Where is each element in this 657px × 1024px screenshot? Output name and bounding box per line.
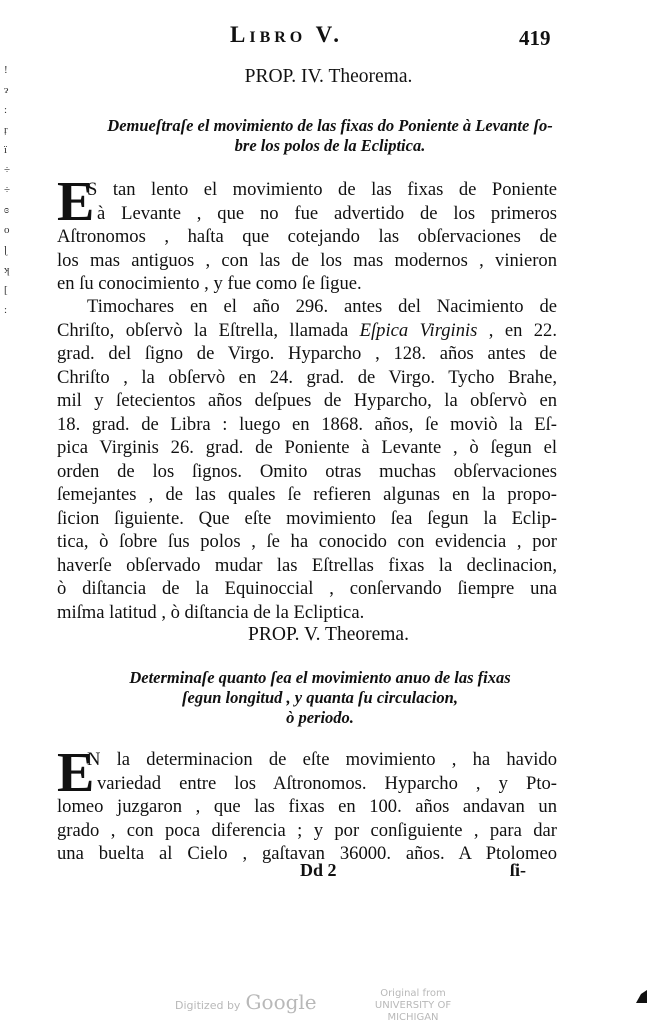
text-line: variedad entre los Aſtronomos. Hyparcho … bbox=[57, 772, 557, 796]
subtitle-line: ſegun longitud , y quanta ſu circulacion… bbox=[70, 688, 570, 708]
margin-mark: ɞ bbox=[4, 200, 14, 220]
text-line: N la determinacion de eſte movimiento , … bbox=[57, 748, 557, 772]
prop-4-paragraph-1: S tan lento el movimiento de las fixas d… bbox=[57, 178, 557, 296]
margin-mark: ï bbox=[4, 140, 14, 160]
text-span: , en 22. bbox=[477, 320, 557, 341]
margin-bleedthrough-marks: ! ɂ : ŗ ï ÷ ÷ ɞ o ɭ ʞ [ : bbox=[4, 60, 14, 320]
prop-4-subtitle: Demueſtraſe el movimiento de las fixas d… bbox=[95, 116, 565, 156]
subtitle-line: ò periodo. bbox=[70, 708, 570, 728]
text-line: mil y ſetecientos años deſpues de Hyparc… bbox=[57, 389, 557, 413]
subtitle-line: Determinaſe quanto ſea el movimiento anu… bbox=[70, 668, 570, 688]
text-line: ſemejantes , de las quales ſe refieren a… bbox=[57, 483, 557, 507]
prop-5-title: PROP. V. Theorema. bbox=[0, 624, 657, 646]
italic-term: Eſpica Virginis bbox=[360, 320, 478, 341]
text-span: Chriſto, obſervò la Eſtrella, llamada bbox=[57, 320, 360, 341]
margin-mark: ʞ bbox=[4, 260, 14, 280]
margin-mark: [ bbox=[4, 280, 14, 300]
google-wordmark: Google bbox=[246, 990, 317, 1014]
text-line: en ſu conocimiento , y fue como ſe ſigue… bbox=[57, 272, 557, 296]
text-line: Aſtronomos , haſta que cotejando las obſ… bbox=[57, 225, 557, 249]
text-line: ſicion ſiguiente. Que eſte movimiento ſe… bbox=[57, 507, 557, 531]
text-line: orden de los ſignos. Omito otras muchas … bbox=[57, 460, 557, 484]
text-line: miſma latitud , ò diſtancia de la Eclipt… bbox=[57, 601, 557, 625]
prop-4-title: PROP. IV. Theorema. bbox=[0, 66, 657, 88]
margin-mark: ÷ bbox=[4, 160, 14, 180]
text-line: lomeo juzgaron , que las fixas en 100. a… bbox=[57, 795, 557, 819]
margin-mark: : bbox=[4, 300, 14, 320]
running-head-title: Libro V. bbox=[230, 22, 343, 48]
text-line: grad. del ſigno de Virgo. Hyparcho , 128… bbox=[57, 342, 557, 366]
text-line: los mas antiguos , con las de los mas mo… bbox=[57, 249, 557, 273]
text-line: haverſe obſervado mudar las Eſtrellas fi… bbox=[57, 554, 557, 578]
text-line: 18. grad. de Libra : luego en 1868. años… bbox=[57, 413, 557, 437]
text-line: S tan lento el movimiento de las fixas d… bbox=[57, 178, 557, 202]
original-line-2: UNIVERSITY OF MICHIGAN bbox=[358, 1000, 468, 1024]
margin-mark: ɭ bbox=[4, 240, 14, 260]
margin-mark: : bbox=[4, 100, 14, 120]
text-line: grado , con poca diferencia ; y por conſ… bbox=[57, 819, 557, 843]
prop-5-subtitle: Determinaſe quanto ſea el movimiento anu… bbox=[70, 668, 570, 728]
text-line: à Levante , que no fue advertido de los … bbox=[57, 202, 557, 226]
text-line: pica Virginis 26. grad. de Poniente à Le… bbox=[57, 436, 557, 460]
text-line: Timochares en el año 296. antes del Naci… bbox=[57, 295, 557, 319]
text-line: tica, ò ſobre ſus polos , ſe ha conocido… bbox=[57, 530, 557, 554]
prop-4-paragraph-2: Timochares en el año 296. antes del Naci… bbox=[57, 295, 557, 624]
text-line: Chriſto, obſervò la Eſtrella, llamada Eſ… bbox=[57, 319, 557, 343]
signature-mark: Dd 2 bbox=[300, 860, 337, 881]
subtitle-line: Demueſtraſe el movimiento de las fixas d… bbox=[95, 116, 565, 136]
digitized-by-google: Digitized by Google bbox=[175, 990, 317, 1014]
prop-5-paragraph-1: N la determinacion de eſte movimiento , … bbox=[57, 748, 557, 866]
page-curl-icon bbox=[633, 988, 649, 1004]
book-page: ! ɂ : ŗ ï ÷ ÷ ɞ o ɭ ʞ [ : Libro V. 419 P… bbox=[0, 0, 657, 1024]
text-line: Chriſto , la obſervò en 24. grad. de Vir… bbox=[57, 366, 557, 390]
digitized-prefix: Digitized by bbox=[175, 999, 240, 1012]
margin-mark: o bbox=[4, 220, 14, 240]
page-number: 419 bbox=[519, 26, 551, 51]
margin-mark: ŗ bbox=[4, 120, 14, 140]
catchword: ſi- bbox=[510, 860, 526, 881]
running-head: Libro V. 419 bbox=[0, 22, 657, 52]
text-line: ò diſtancia de la Equinoccial , conſerva… bbox=[57, 577, 557, 601]
original-source: Original from UNIVERSITY OF MICHIGAN bbox=[358, 988, 468, 1024]
original-line-1: Original from bbox=[358, 988, 468, 1000]
subtitle-line: bre los polos de la Ecliptica. bbox=[95, 136, 565, 156]
margin-mark: ÷ bbox=[4, 180, 14, 200]
